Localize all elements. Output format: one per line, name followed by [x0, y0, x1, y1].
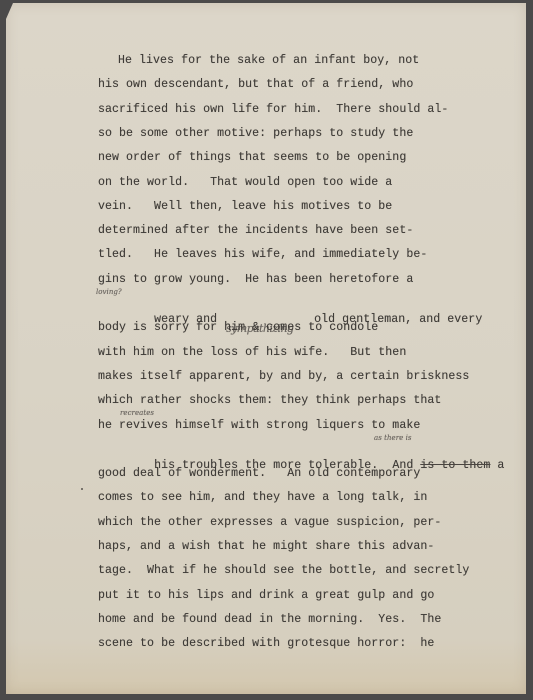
text-line: tled. He leaves his wife, and immediatel… [98, 247, 427, 263]
struck-phrase: is to them [420, 459, 490, 472]
text-line: good deal of wonderment. An old contempo… [98, 466, 420, 482]
text-line: vein. Well then, leave his motives to be [98, 199, 392, 215]
paper-speck [81, 488, 83, 490]
text-line: tage. What if he should see the bottle, … [98, 563, 469, 579]
text-line: he revives himself with strong liquers t… [98, 418, 420, 434]
text-line: sacrificed his own life for him. There s… [98, 102, 448, 118]
text-line: which the other expresses a vague suspic… [98, 515, 441, 531]
text-line: makes itself apparent, by and by, a cert… [98, 369, 469, 385]
text-line: haps, and a wish that he might share thi… [98, 539, 434, 555]
handwritten-annotation-recreates: recreates [120, 410, 154, 417]
text-line: put it to his lips and drink a great gul… [98, 588, 434, 604]
text-line: new order of things that seems to be ope… [98, 150, 406, 166]
text-line: body is sorry for him & comes to condole [98, 320, 378, 336]
text-line-with-annotation: weary and sympathizing old gentleman, an… [98, 296, 482, 312]
text-line: his own descendant, but that of a friend… [98, 77, 413, 93]
text-line: which rather shocks them: they think per… [98, 393, 441, 409]
text-line-with-strikethrough: his troubles the more tolerable. And is … [98, 442, 504, 458]
handwritten-annotation-loving: loving? [96, 289, 122, 296]
manuscript-page: He lives for the sake of an infant boy, … [6, 3, 526, 694]
text-line: scene to be described with grotesque hor… [98, 636, 434, 652]
text-line: gins to grow young. He has been heretofo… [98, 272, 413, 288]
text-line: on the world. That would open too wide a [98, 175, 392, 191]
text-line: comes to see him, and they have a long t… [98, 490, 427, 506]
text-line: home and be found dead in the morning. Y… [98, 612, 441, 628]
text-line: determined after the incidents have been… [98, 223, 413, 239]
text-line: so be some other motive: perhaps to stud… [98, 126, 413, 142]
text-line: He lives for the sake of an infant boy, … [118, 53, 419, 69]
text-line: with him on the loss of his wife. But th… [98, 345, 406, 361]
scan-frame: He lives for the sake of an infant boy, … [0, 0, 533, 700]
text-segment: a [490, 459, 504, 472]
